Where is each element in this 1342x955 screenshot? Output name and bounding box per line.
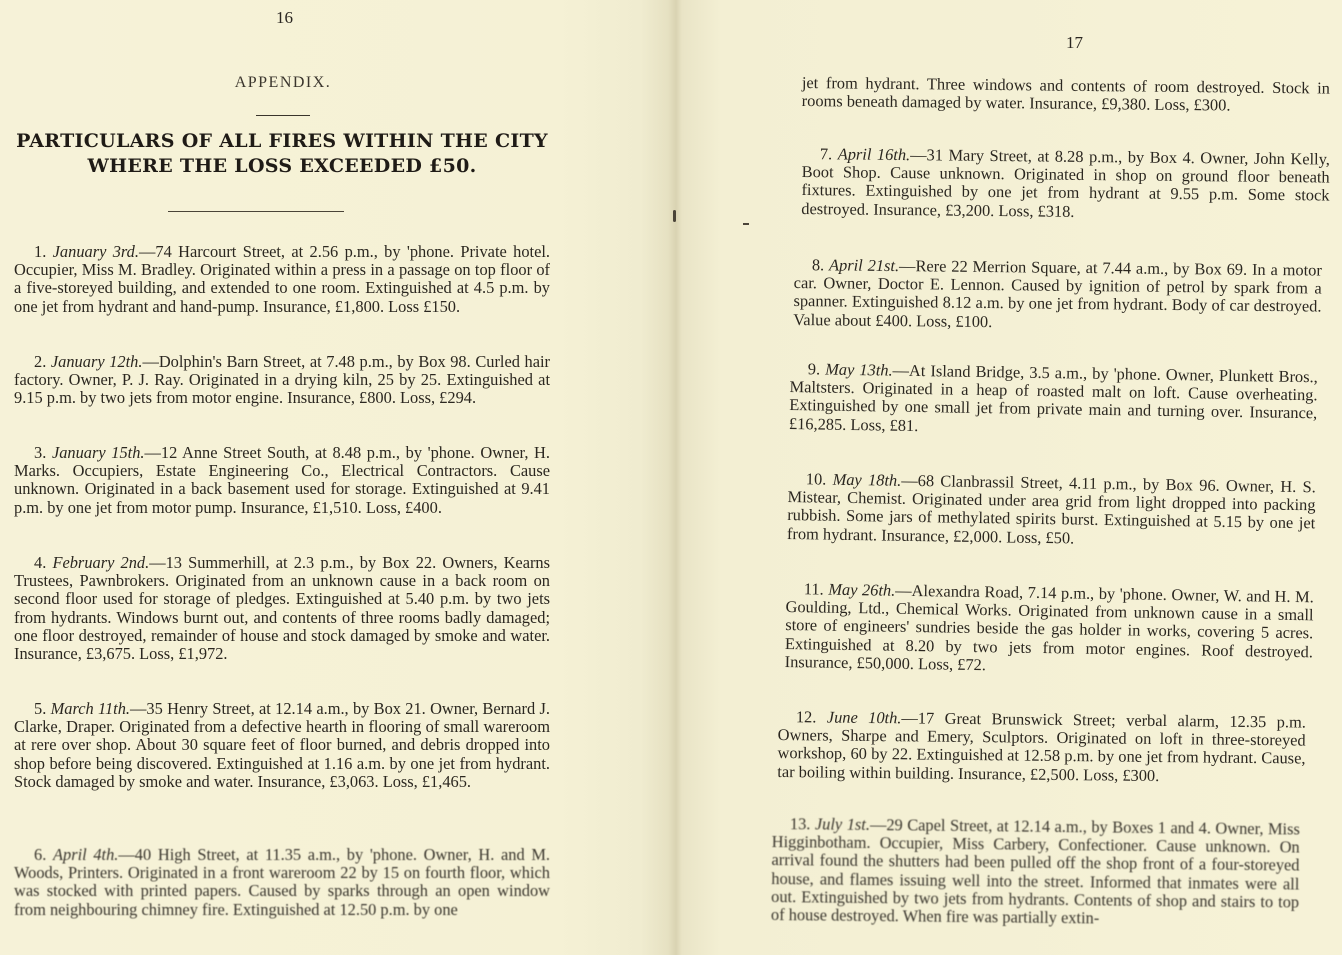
entry-date: April 4th. [53,845,118,864]
fire-entry: 4. February 2nd.—13 Summerhill, at 2.3 p… [14,554,550,663]
entry-number: 4. [34,553,46,572]
entry-date: May 26th. [828,580,895,600]
continued-entry-text: jet from hydrant. Three windows and cont… [802,74,1330,116]
fire-entry: 11. May 26th.—Alexandra Road, 7.14 p.m.,… [785,580,1314,679]
entry-date: June 10th. [827,708,902,728]
gutter-mark [673,210,676,222]
entry-date: July 1st. [815,814,870,834]
fire-entry: 9. May 13th.—At Island Bridge, 3.5 a.m.,… [789,360,1318,441]
entry-number: 13. [790,814,811,833]
entry-number: 3. [34,443,46,462]
left-page: 16 APPENDIX. PARTICULARS OF ALL FIRES WI… [0,0,560,955]
entry-number: 11. [804,579,824,598]
entry-number: 6. [34,845,46,864]
fire-entry: 3. January 15th.—12 Anne Street South, a… [14,444,550,517]
entry-number: 10. [806,469,827,488]
fire-entry: 13. July 1st.—29 Capel Street, at 12.14 … [771,815,1300,930]
entry-date: February 2nd. [52,553,149,572]
entry-number: 2. [34,352,46,371]
entry-date: May 18th. [833,470,902,490]
fire-entry: 7. April 16th.—31 Mary Street, at 8.28 p… [801,145,1330,223]
fire-entry: 5. March 11th.—35 Henry Street, at 12.14… [14,700,550,791]
entry-number: 5. [34,699,46,718]
entry-number: 8. [812,255,824,274]
page-number: 16 [276,8,293,28]
entry-number: 12. [796,707,817,726]
divider [256,115,310,116]
fire-entry: 8. April 21st.—Rere 22 Merrion Square, a… [793,256,1322,334]
divider [168,211,344,212]
page-title: PARTICULARS OF ALL FIRES WITHIN THE CITY… [8,129,556,179]
fire-entry: 1. January 3rd.—74 Harcourt Street, at 2… [14,243,550,316]
entry-date: January 3rd. [53,242,139,261]
page-number: 17 [1066,33,1083,53]
entry-number: 9. [808,359,821,378]
entry-date: March 11th. [51,699,130,718]
right-page: 17 31 jet from hydrant. Three windows an… [782,0,1342,955]
appendix-heading: APPENDIX. [0,74,566,92]
title-line-1: PARTICULARS OF ALL FIRES WITHIN THE CITY [8,129,556,154]
entry-number: 7. [820,144,832,163]
stray-mark [743,223,749,225]
entry-date: January 12th. [51,352,143,371]
entry-date: May 13th. [825,360,893,380]
entry-date: April 21st. [829,255,899,275]
entry-date: April 16th. [838,144,911,164]
entry-date: January 15th. [52,443,145,462]
fire-entry: 6. April 4th.—40 High Street, at 11.35 a… [14,846,550,919]
entry-number: 1. [34,242,46,261]
title-line-2: WHERE THE LOSS EXCEEDED £50. [8,154,556,179]
fire-entry: 12. June 10th.—17 Great Brunswick Street… [777,708,1306,786]
fire-entry: 2. January 12th.—Dolphin's Barn Street, … [14,353,550,408]
fire-entry: 10. May 18th.—68 Clanbrassil Street, 4.1… [787,470,1316,551]
